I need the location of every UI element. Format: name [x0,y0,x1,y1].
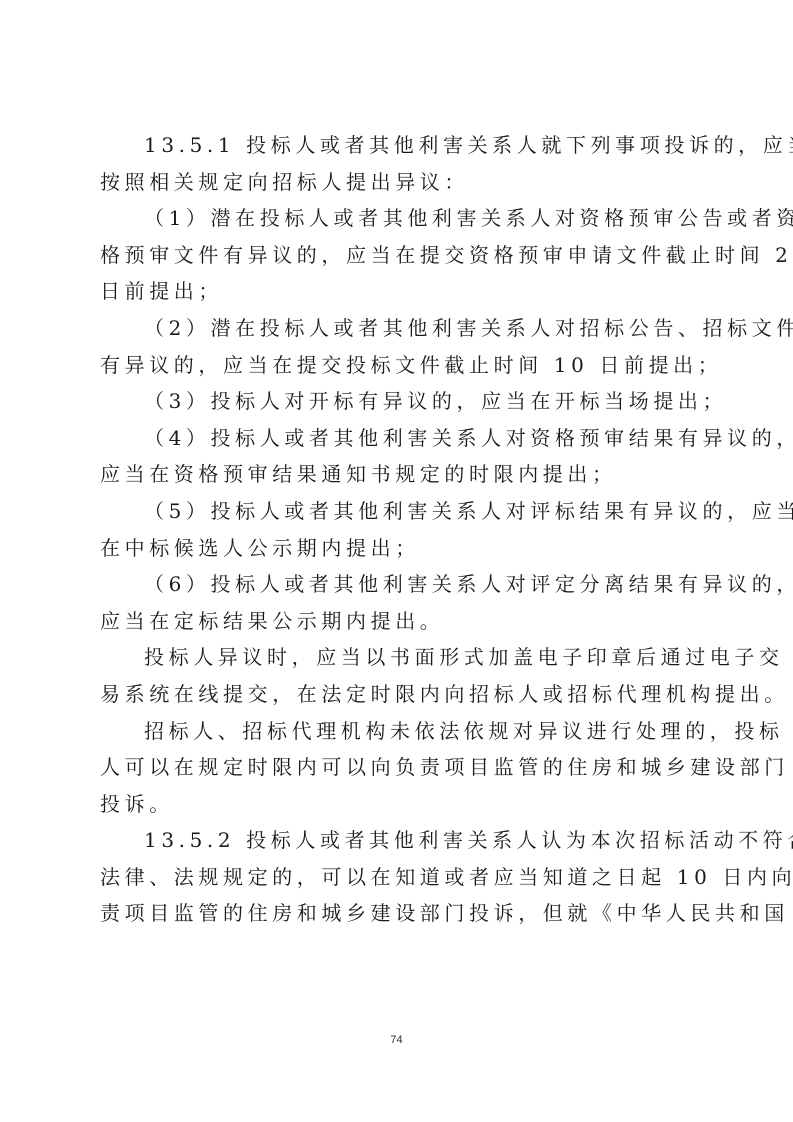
item-6-line-2: 应当在定标结果公示期内提出。 [100,603,696,640]
item-4-line-1: （4）投标人或者其他利害关系人对资格预审结果有异议的， [100,420,696,457]
document-body: 13.5.1 投标人或者其他利害关系人就下列事项投诉的，应当 按照相关规定向招标… [100,127,700,932]
item-5-line-1: （5）投标人或者其他利害关系人对评标结果有异议的，应当 [100,493,696,530]
item-6-line-1: （6）投标人或者其他利害关系人对评定分离结果有异议的， [100,566,696,603]
page-number: 74 [0,1034,793,1046]
paragraph-13-5-1-line-2: 按照相关规定向招标人提出异议： [100,164,696,201]
item-5-line-2: 在中标候选人公示期内提出； [100,530,696,567]
item-1-line-3: 日前提出； [100,273,696,310]
objection-submission-line-2: 易系统在线提交，在法定时限内向招标人或招标代理机构提出。 [100,676,696,713]
item-4-line-2: 应当在资格预审结果通知书规定的时限内提出； [100,456,696,493]
item-3-line-1: （3）投标人对开标有异议的，应当在开标当场提出； [100,383,696,420]
complaint-right-line-1: 招标人、招标代理机构未依法依规对异议进行处理的，投标 [100,713,696,750]
paragraph-13-5-2-line-2: 法律、法规规定的，可以在知道或者应当知道之日起 10 日内向负 [100,859,696,896]
item-1-line-1: （1）潜在投标人或者其他利害关系人对资格预审公告或者资 [100,200,696,237]
complaint-right-line-3: 投诉。 [100,786,696,823]
item-2-line-1: （2）潜在投标人或者其他利害关系人对招标公告、招标文件 [100,310,696,347]
paragraph-13-5-1-line-1: 13.5.1 投标人或者其他利害关系人就下列事项投诉的，应当 [100,127,696,164]
paragraph-13-5-2-line-1: 13.5.2 投标人或者其他利害关系人认为本次招标活动不符合 [100,822,696,859]
item-1-line-2: 格预审文件有异议的，应当在提交资格预审申请文件截止时间 2 [100,237,696,274]
objection-submission-line-1: 投标人异议时，应当以书面形式加盖电子印章后通过电子交 [100,639,696,676]
document-page: 13.5.1 投标人或者其他利害关系人就下列事项投诉的，应当 按照相关规定向招标… [0,0,793,1122]
item-2-line-2: 有异议的，应当在提交投标文件截止时间 10 日前提出； [100,347,696,384]
paragraph-13-5-2-line-3: 责项目监管的住房和城乡建设部门投诉，但就《中华人民共和国 [100,895,696,932]
complaint-right-line-2: 人可以在规定时限内可以向负责项目监管的住房和城乡建设部门 [100,749,696,786]
